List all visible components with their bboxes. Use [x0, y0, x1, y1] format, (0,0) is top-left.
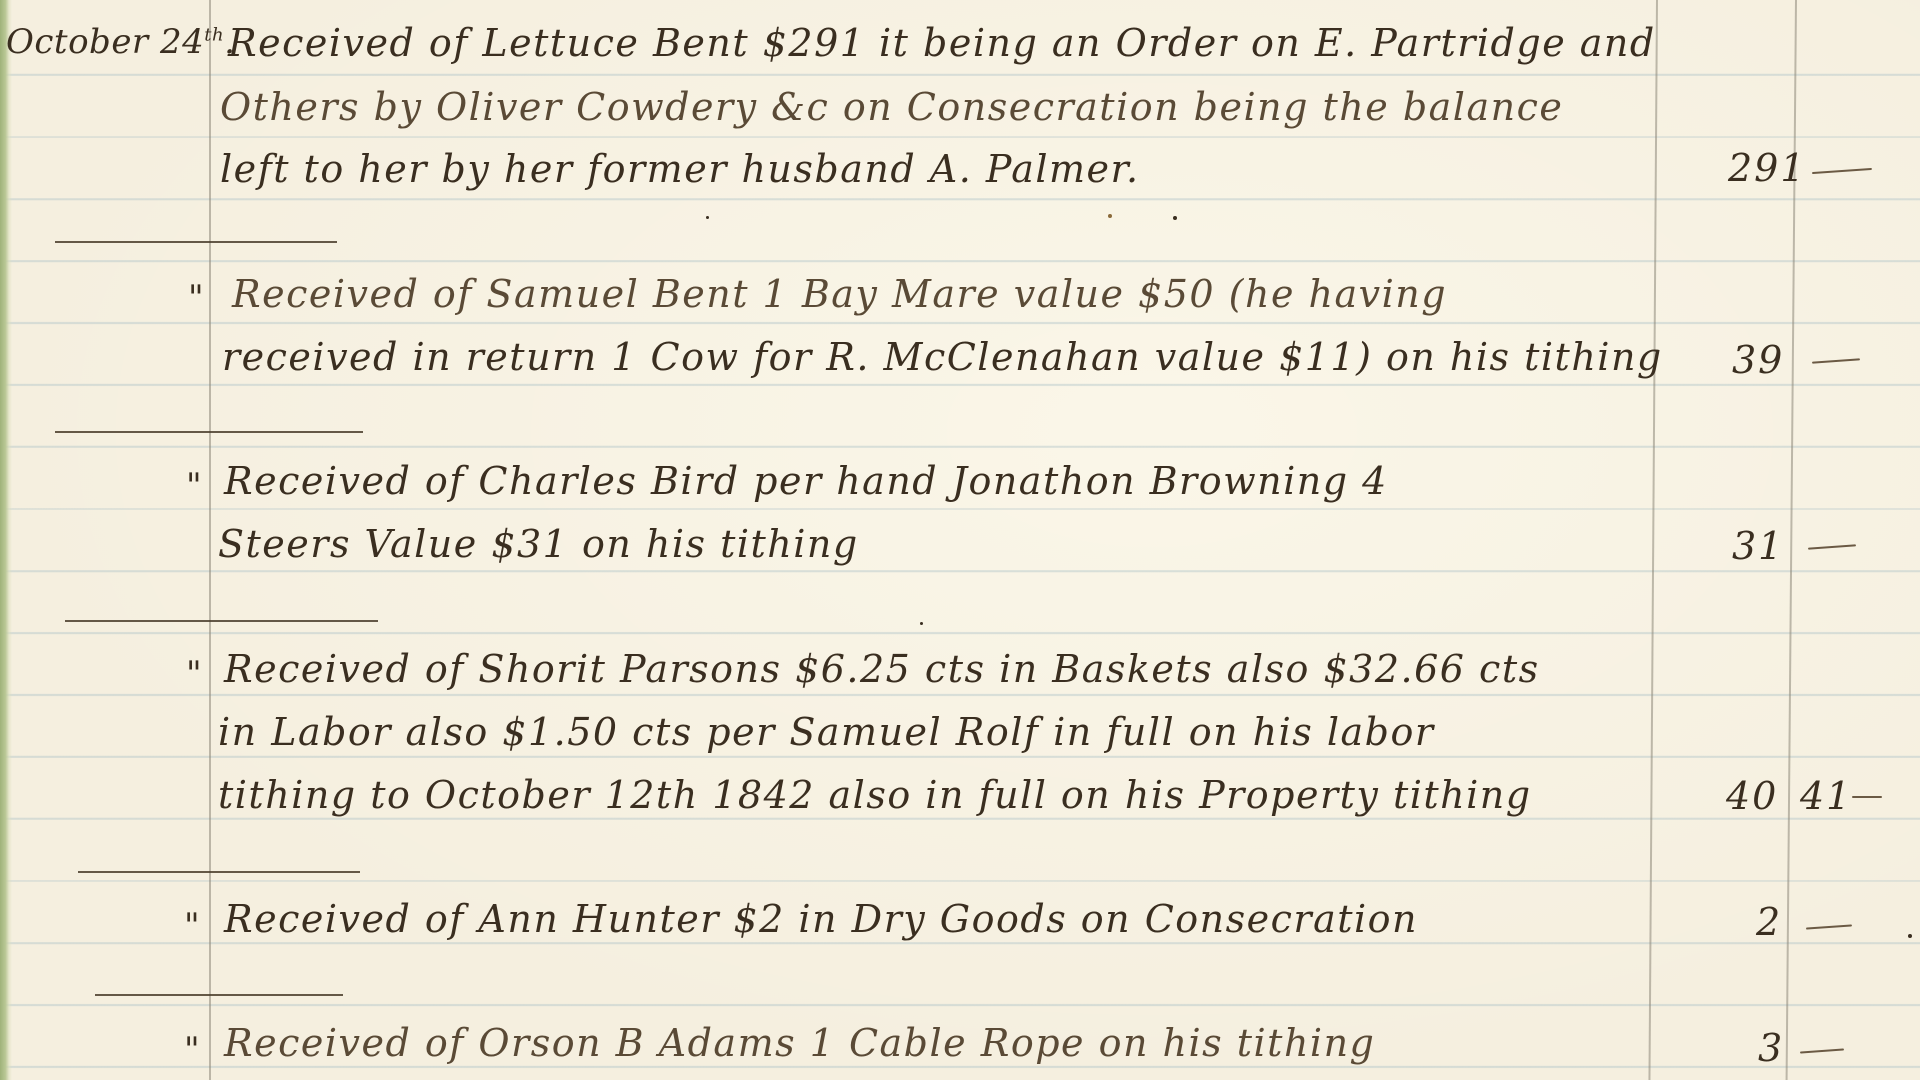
entry-separator	[55, 241, 337, 243]
ditto-mark: "	[186, 466, 202, 506]
entry-separator	[65, 620, 378, 622]
entry-line: Received of Lettuce Bent $291 it being a…	[228, 24, 1656, 62]
entry-line: Received of Charles Bird per hand Jonath…	[224, 462, 1388, 500]
ditto-mark: "	[184, 1030, 200, 1070]
entry-line: Received of Samuel Bent 1 Bay Mare value…	[232, 275, 1447, 313]
entry-dollars: 40	[1726, 774, 1778, 818]
ink-speck	[1108, 214, 1112, 218]
ink-speck	[1908, 934, 1912, 938]
entry-dollars: 291	[1728, 146, 1807, 190]
ink-speck	[920, 622, 923, 625]
entry-line: Steers Value $31 on his tithing	[218, 525, 859, 563]
ditto-mark: "	[186, 654, 202, 694]
entry-cents: 41	[1800, 774, 1852, 818]
ledger-page: October 24th. Received of Lettuce Bent $…	[0, 0, 1920, 1080]
ditto-mark: "	[188, 278, 204, 318]
ditto-mark: "	[184, 906, 200, 946]
date-suffix: th	[204, 25, 224, 46]
ink-speck	[1173, 216, 1177, 220]
entry-separator	[78, 871, 360, 873]
entry-line: tithing to October 12th 1842 also in ful…	[218, 776, 1532, 814]
entry-line: received in return 1 Cow for R. McClenah…	[222, 338, 1663, 376]
date-column-rule	[209, 0, 211, 1080]
entry-dollars: 31	[1732, 524, 1784, 568]
entry-line: Received of Shorit Parsons $6.25 cts in …	[224, 650, 1540, 688]
entry-dollars: 3	[1758, 1026, 1784, 1070]
entry-separator	[95, 994, 343, 996]
entry-separator	[55, 431, 363, 433]
entry-dollars: 2	[1756, 900, 1782, 944]
entry-line: in Labor also $1.50 cts per Samuel Rolf …	[218, 713, 1435, 751]
entry-line: Received of Orson B Adams 1 Cable Rope o…	[224, 1024, 1375, 1062]
entry-line: Received of Ann Hunter $2 in Dry Goods o…	[224, 900, 1418, 938]
entry-line: Others by Oliver Cowdery &c on Consecrat…	[220, 88, 1563, 126]
entry-line: left to her by her former husband A. Pal…	[220, 150, 1140, 188]
entry-cents-dash	[1852, 796, 1882, 798]
entry-date: October 24th.	[6, 22, 235, 62]
entry-dollars: 39	[1732, 338, 1784, 382]
page-edge-stain	[0, 0, 12, 1080]
date-label: October 24	[6, 22, 204, 62]
ink-speck	[706, 216, 709, 219]
